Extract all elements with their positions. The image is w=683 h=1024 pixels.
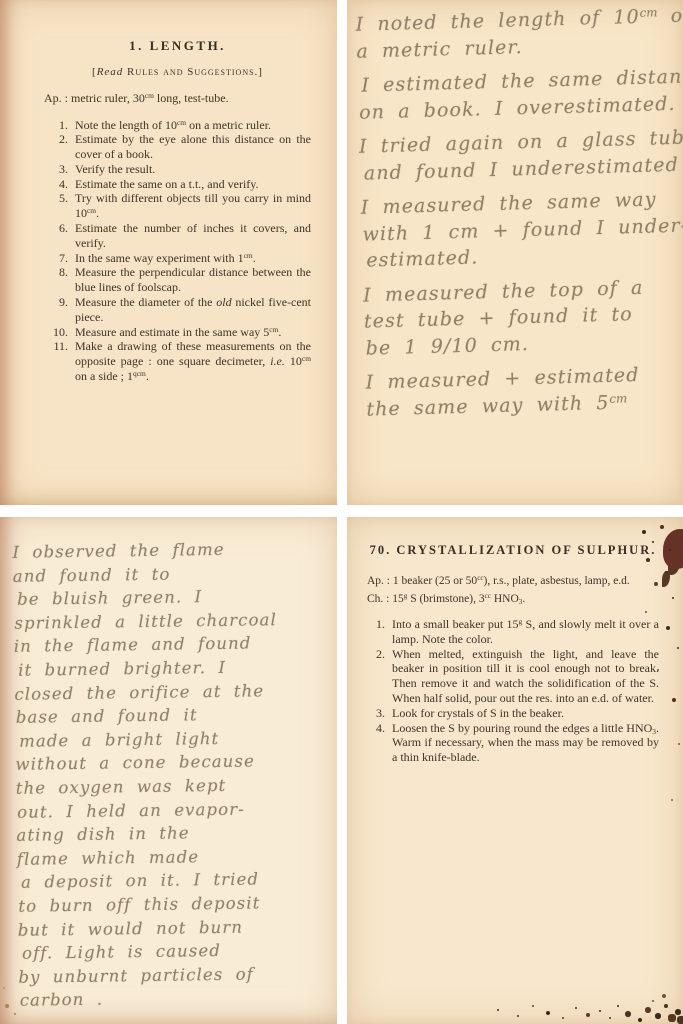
handwriting-block: I noted the length of 10cm on a metric r…: [347, 0, 683, 423]
item-number: 10.: [44, 325, 75, 340]
item-number: 4.: [44, 177, 75, 192]
item-number: 9.: [44, 295, 75, 325]
item-number: 4.: [367, 721, 392, 765]
item-number: 2.: [367, 647, 392, 706]
item-text: Estimate the same on a t.t., and verify.: [75, 177, 311, 192]
item-text: Note the length of 10cm on a metric rule…: [75, 118, 311, 133]
item-number: 5.: [44, 191, 75, 221]
list-item: 5.Try with different objects till you ca…: [44, 191, 311, 221]
list-item: 2.Estimate by the eye alone this distanc…: [44, 132, 311, 162]
item-number: 1.: [367, 617, 392, 647]
item-number: 11.: [44, 339, 75, 383]
item-number: 8.: [44, 265, 75, 295]
chemicals-line: Ch. : 15g S (brimstone), 3cc HNO3.: [367, 592, 659, 607]
page-subtitle: [Read Rules and Suggestions.]: [44, 66, 311, 78]
item-text: In the same way experiment with 1cm.: [75, 251, 311, 266]
apparatus-line: Ap. : 1 beaker (25 or 50cc), r.s., plate…: [367, 574, 659, 589]
item-number: 2.: [44, 132, 75, 162]
item-number: 6.: [44, 221, 75, 251]
page-edge-smudge: [0, 517, 2, 519]
page-length: 1. LENGTH. [Read Rules and Suggestions.]…: [0, 0, 337, 505]
page-title: 70. CRYSTALLIZATION OF SULPHUR.: [367, 543, 659, 558]
page-handwritten-length-notes: I noted the length of 10cm on a metric r…: [347, 0, 683, 505]
item-text: Measure and estimate in the same way 5cm…: [75, 325, 311, 340]
handwritten-line: carbon .: [20, 985, 337, 1013]
list-item: 7.In the same way experiment with 1cm.: [44, 251, 311, 266]
page-handwritten-flame-notes: I observed the flame and found it to be …: [0, 517, 337, 1024]
handwriting-block: I observed the flame and found it to be …: [0, 517, 337, 1013]
list-item: 9.Measure the diameter of the old nickel…: [44, 295, 311, 325]
page-sulphur: 70. CRYSTALLIZATION OF SULPHUR. Ap. : 1 …: [347, 517, 683, 1024]
list-item: 3.Look for crystals of S in the beaker.: [367, 706, 659, 721]
list-item: 2.When melted, extinguish the light, and…: [367, 647, 659, 706]
item-text: Measure the diameter of the old nickel f…: [75, 295, 311, 325]
list-item: 11.Make a drawing of these measurements …: [44, 339, 311, 383]
list-item: 4.Loosen the S by pouring round the edge…: [367, 721, 659, 765]
item-text: Try with different objects till you carr…: [75, 191, 311, 221]
item-text: Into a small beaker put 15g S, and slowl…: [392, 617, 659, 647]
list-item: 8.Measure the perpendicular distance bet…: [44, 265, 311, 295]
item-number: 3.: [367, 706, 392, 721]
page-title: 1. LENGTH.: [44, 38, 311, 54]
item-text: Estimate the number of inches it covers,…: [75, 221, 311, 251]
item-number: 7.: [44, 251, 75, 266]
ink-stain-blob: [663, 529, 683, 569]
list-item: 1.Into a small beaker put 15g S, and slo…: [367, 617, 659, 647]
item-text: Loosen the S by pouring round the edges …: [392, 721, 659, 765]
item-text: Look for crystals of S in the beaker.: [392, 706, 659, 721]
scanned-pages-grid: 1. LENGTH. [Read Rules and Suggestions.]…: [0, 0, 683, 1024]
instruction-list: 1.Into a small beaker put 15g S, and slo…: [367, 617, 659, 765]
item-text: Verify the result.: [75, 162, 311, 177]
item-text: Measure the perpendicular distance betwe…: [75, 265, 311, 295]
list-item: 4.Estimate the same on a t.t., and verif…: [44, 177, 311, 192]
list-item: 3.Verify the result.: [44, 162, 311, 177]
ink-speckles-bottom: [347, 517, 349, 519]
item-number: 3.: [44, 162, 75, 177]
list-item: 6.Estimate the number of inches it cover…: [44, 221, 311, 251]
list-item: 1.Note the length of 10cm on a metric ru…: [44, 118, 311, 133]
list-item: 10.Measure and estimate in the same way …: [44, 325, 311, 340]
item-text: Make a drawing of these measurements on …: [75, 339, 311, 383]
item-text: When melted, extinguish the light, and l…: [392, 647, 659, 706]
item-number: 1.: [44, 118, 75, 133]
apparatus-line: Ap. : metric ruler, 30cm long, test-tube…: [44, 91, 311, 106]
item-text: Estimate by the eye alone this distance …: [75, 132, 311, 162]
instruction-list: 1.Note the length of 10cm on a metric ru…: [44, 118, 311, 384]
